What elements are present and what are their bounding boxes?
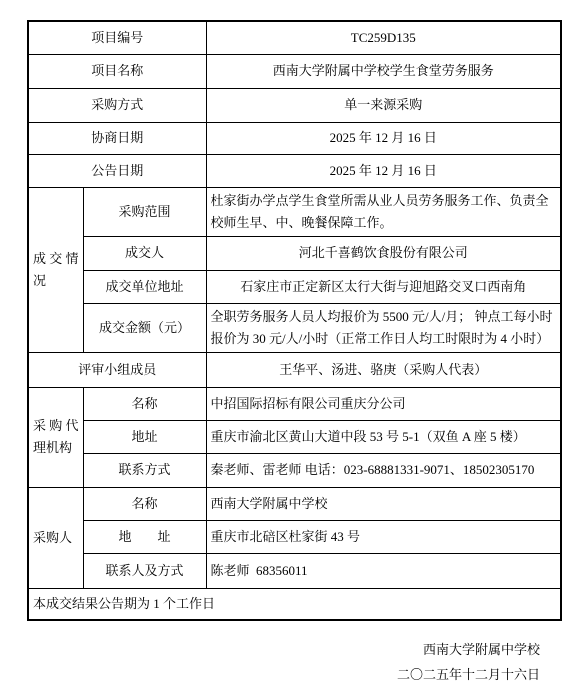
row-notice-period: 本成交结果公告期为 1 个工作日 — [28, 588, 561, 620]
deal-group-label: 成交情况 — [28, 187, 83, 352]
deal-winner-value: 河北千喜鹤饮食股份有限公司 — [206, 236, 561, 270]
procurement-method-value: 单一来源采购 — [206, 88, 561, 122]
deal-winner-address-label: 成交单位地址 — [83, 270, 206, 303]
purchaser-contact-value: 陈老师 68356011 — [206, 553, 561, 588]
row-deal-scope: 成交情况 采购范围 杜家街办学点学生食堂所需从业人员劳务服务工作、负责全校师生早… — [28, 187, 561, 236]
agency-contact-label: 联系方式 — [83, 453, 206, 487]
row-review-panel: 评审小组成员 王华平、汤进、骆庚（采购人代表） — [28, 352, 561, 387]
purchaser-name-value: 西南大学附属中学校 — [206, 487, 561, 520]
agency-address-label: 地址 — [83, 420, 206, 453]
purchaser-address-label: 地 址 — [83, 520, 206, 553]
agency-contact-value: 秦老师、雷老师 电话：023-68881331-9071、18502305170 — [206, 453, 561, 487]
review-panel-label: 评审小组成员 — [28, 352, 206, 387]
purchaser-contact-label: 联系人及方式 — [83, 553, 206, 588]
row-project-name: 项目名称 西南大学附属中学校学生食堂劳务服务 — [28, 54, 561, 88]
purchaser-name-label: 名称 — [83, 487, 206, 520]
deal-winner-address-value: 石家庄市正定新区太行大街与迎旭路交叉口西南角 — [206, 270, 561, 303]
agency-name-value: 中招国际招标有限公司重庆分公司 — [206, 387, 561, 420]
negotiation-date-value: 2025 年 12 月 16 日 — [206, 122, 561, 154]
purchaser-group-label: 采购人 — [28, 487, 83, 588]
row-negotiation-date: 协商日期 2025 年 12 月 16 日 — [28, 122, 561, 154]
project-number-value: TC259D135 — [206, 21, 561, 54]
announcement-date-value: 2025 年 12 月 16 日 — [206, 154, 561, 187]
signature-date: 二〇二五年十二月十六日 — [397, 662, 540, 687]
deal-scope-label: 采购范围 — [83, 187, 206, 236]
signature-org: 西南大学附属中学校 — [397, 637, 540, 662]
procurement-result-table: 项目编号 TC259D135 项目名称 西南大学附属中学校学生食堂劳务服务 采购… — [27, 20, 562, 621]
deal-scope-value: 杜家街办学点学生食堂所需从业人员劳务服务工作、负责全校师生早、中、晚餐保障工作。 — [206, 187, 561, 236]
deal-winner-label: 成交人 — [83, 236, 206, 270]
agency-group-label: 采购代理机构 — [28, 387, 83, 487]
agency-address-value: 重庆市渝北区黄山大道中段 53 号 5-1（双鱼 A 座 5 楼） — [206, 420, 561, 453]
row-agency-address: 地址 重庆市渝北区黄山大道中段 53 号 5-1（双鱼 A 座 5 楼） — [28, 420, 561, 453]
row-purchaser-address: 地 址 重庆市北碚区杜家街 43 号 — [28, 520, 561, 553]
project-name-value: 西南大学附属中学校学生食堂劳务服务 — [206, 54, 561, 88]
project-number-label: 项目编号 — [28, 21, 206, 54]
notice-period-text: 本成交结果公告期为 1 个工作日 — [28, 588, 561, 620]
purchaser-address-value: 重庆市北碚区杜家街 43 号 — [206, 520, 561, 553]
review-panel-value: 王华平、汤进、骆庚（采购人代表） — [206, 352, 561, 387]
negotiation-date-label: 协商日期 — [28, 122, 206, 154]
project-name-label: 项目名称 — [28, 54, 206, 88]
row-purchaser-contact: 联系人及方式 陈老师 68356011 — [28, 553, 561, 588]
deal-amount-label: 成交金额（元） — [83, 303, 206, 352]
announcement-date-label: 公告日期 — [28, 154, 206, 187]
row-agency-name: 采购代理机构 名称 中招国际招标有限公司重庆分公司 — [28, 387, 561, 420]
row-agency-contact: 联系方式 秦老师、雷老师 电话：023-68881331-9071、185023… — [28, 453, 561, 487]
row-procurement-method: 采购方式 单一来源采购 — [28, 88, 561, 122]
procurement-method-label: 采购方式 — [28, 88, 206, 122]
signature-block: 西南大学附属中学校 二〇二五年十二月十六日 — [397, 637, 540, 687]
row-deal-amount: 成交金额（元） 全职劳务服务人员人均报价为 5500 元/人/月； 钟点工每小时… — [28, 303, 561, 352]
row-purchaser-name: 采购人 名称 西南大学附属中学校 — [28, 487, 561, 520]
row-announcement-date: 公告日期 2025 年 12 月 16 日 — [28, 154, 561, 187]
document-page: 项目编号 TC259D135 项目名称 西南大学附属中学校学生食堂劳务服务 采购… — [0, 0, 587, 692]
agency-name-label: 名称 — [83, 387, 206, 420]
row-deal-winner-address: 成交单位地址 石家庄市正定新区太行大街与迎旭路交叉口西南角 — [28, 270, 561, 303]
row-project-number: 项目编号 TC259D135 — [28, 21, 561, 54]
row-deal-winner: 成交人 河北千喜鹤饮食股份有限公司 — [28, 236, 561, 270]
deal-amount-value: 全职劳务服务人员人均报价为 5500 元/人/月； 钟点工每小时报价为 30 元… — [206, 303, 561, 352]
